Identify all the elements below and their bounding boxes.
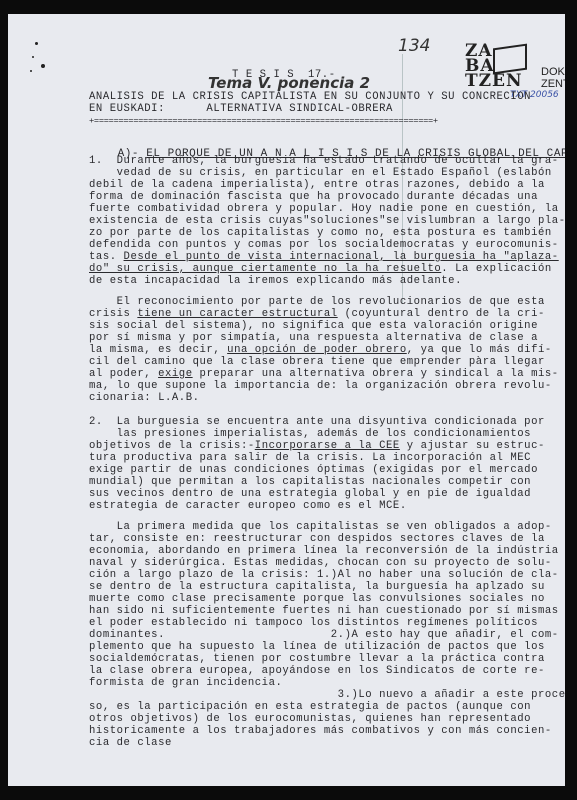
speck — [35, 42, 38, 45]
title-line-2: EN EUSKADI: ALTERNATIVA SINDICAL-OBRERA — [89, 103, 393, 116]
scan-border-right — [565, 0, 577, 800]
handwritten-number: 134 — [398, 36, 430, 56]
speck — [30, 70, 32, 72]
document-page: 134 T E S I S 17.- Tema V. ponencia 2 ZA… — [8, 14, 565, 786]
title-rule: +=======================================… — [89, 115, 438, 128]
title-line-1: ANALISIS DE LA CRISIS CAPITALISTA EN SU … — [89, 91, 531, 104]
scan-border-top — [0, 0, 577, 14]
handwritten-label: Tema V. ponencia 2 — [208, 74, 370, 92]
speck — [32, 56, 34, 58]
speck — [41, 64, 45, 68]
flag-icon — [493, 44, 527, 75]
